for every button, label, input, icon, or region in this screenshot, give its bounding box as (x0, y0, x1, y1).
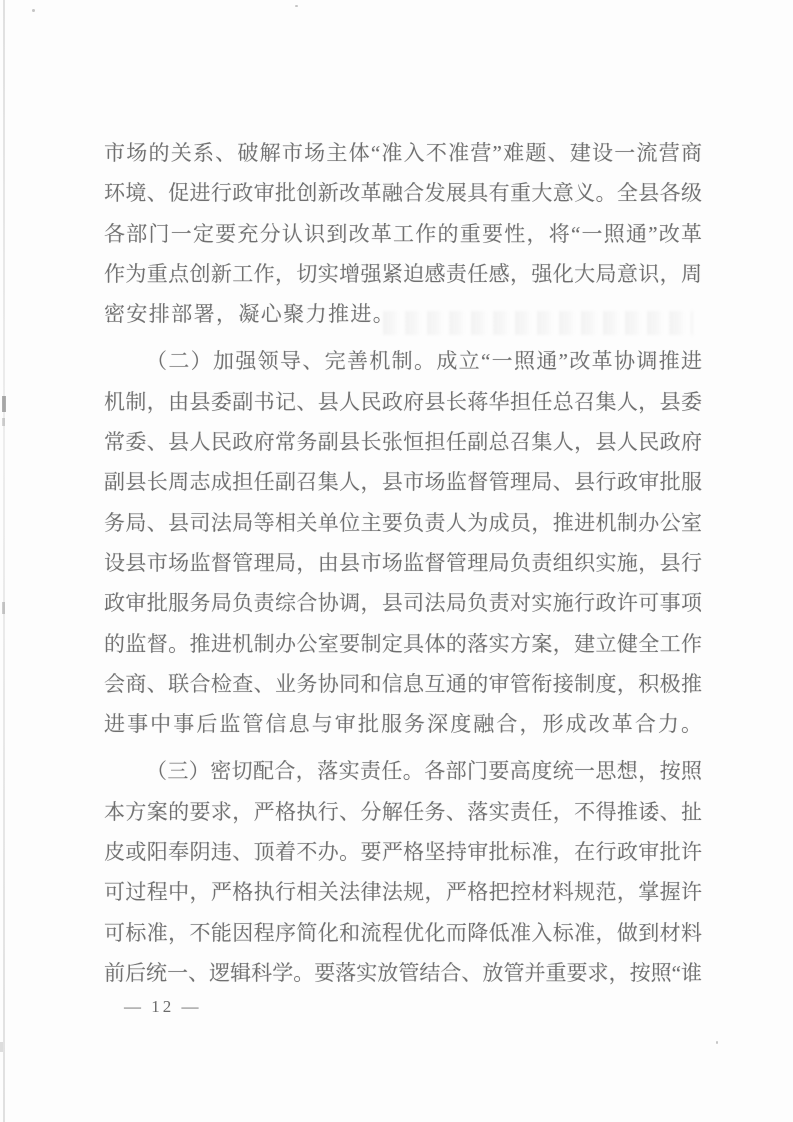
text-line: 的监督。推进机制办公室要制定具体的落实方案，建立健全工作 (104, 624, 702, 664)
document-page: 市场的关系、破解市场主体“准入不准营”难题、建设一流营商环境、促进行政审批创新改… (0, 0, 793, 1122)
text-line: 可标准，不能因程序简化和流程优化而降低准入标准，做到材料 (104, 913, 702, 953)
scan-artifact (2, 418, 5, 426)
text-line: 皮或阳奉阴违、顶着不办。要严格坚持审批标准，在行政审批许 (104, 832, 702, 872)
text-line: 务局、县司法局等相关单位主要负责人为成员，推进机制办公室 (104, 503, 702, 543)
page-number: — 12 — (124, 997, 202, 1017)
text-line: 本方案的要求，严格执行、分解任务、落实责任，不得推诿、扯 (104, 792, 702, 832)
paragraph: 市场的关系、破解市场主体“准入不准营”难题、建设一流营商环境、促进行政审批创新改… (104, 133, 702, 334)
text-line: 密安排部署，凝心聚力推进。 (104, 294, 702, 334)
paragraph: （三）密切配合，落实责任。各部门要高度统一思想，按照本方案的要求，严格执行、分解… (104, 751, 702, 993)
text-line: 政审批服务局负责综合协调，县司法局负责对实施行政许可事项 (104, 583, 702, 623)
text-line: 进事中事后监管信息与审批服务深度融合，形成改革合力。 (104, 704, 702, 744)
text-line: 各部门一定要充分认识到改革工作的重要性，将“一照通”改革 (104, 214, 702, 254)
text-line: （三）密切配合，落实责任。各部门要高度统一思想，按照 (104, 751, 702, 791)
text-line: 设县市场监督管理局，由县市场监督管理局负责组织实施，县行 (104, 543, 702, 583)
text-line: 可过程中，严格执行相关法律法规，严格把控材料规范，掌握许 (104, 872, 702, 912)
text-line: 常委、县人民政府常务副县长张恒担任副总召集人，县人民政府 (104, 422, 702, 462)
text-line: 环境、促进行政审批创新改革融合发展具有重大意义。全县各级 (104, 173, 702, 213)
text-line: 市场的关系、破解市场主体“准入不准营”难题、建设一流营商 (104, 133, 702, 173)
scan-artifact (2, 602, 5, 614)
text-line: 会商、联合检查、业务协同和信息互通的审管衔接制度，积极推 (104, 664, 702, 704)
text-line: 作为重点创新工作，切实增强紧迫感责任感，强化大局意识，周 (104, 254, 702, 294)
scan-artifact (0, 1042, 3, 1052)
document-body: 市场的关系、破解市场主体“准入不准营”难题、建设一流营商环境、促进行政审批创新改… (104, 133, 702, 993)
text-line: 机制，由县委副书记、县人民政府县长蒋华担任总召集人，县委 (104, 382, 702, 422)
scan-speck (32, 9, 35, 12)
text-line: 前后统一、逻辑科学。要落实放管结合、放管并重要求，按照“谁 (104, 953, 702, 993)
scan-speck (295, 5, 298, 7)
scan-speck (716, 1041, 718, 1044)
text-line: （二）加强领导、完善机制。成立“一照通”改革协调推进 (104, 341, 702, 381)
paragraph: （二）加强领导、完善机制。成立“一照通”改革协调推进机制，由县委副书记、县人民政… (104, 341, 702, 744)
scan-edge-line (3, 0, 5, 1122)
scan-artifact (2, 396, 6, 412)
text-line: 副县长周志成担任副召集人，县市场监督管理局、县行政审批服 (104, 462, 702, 502)
